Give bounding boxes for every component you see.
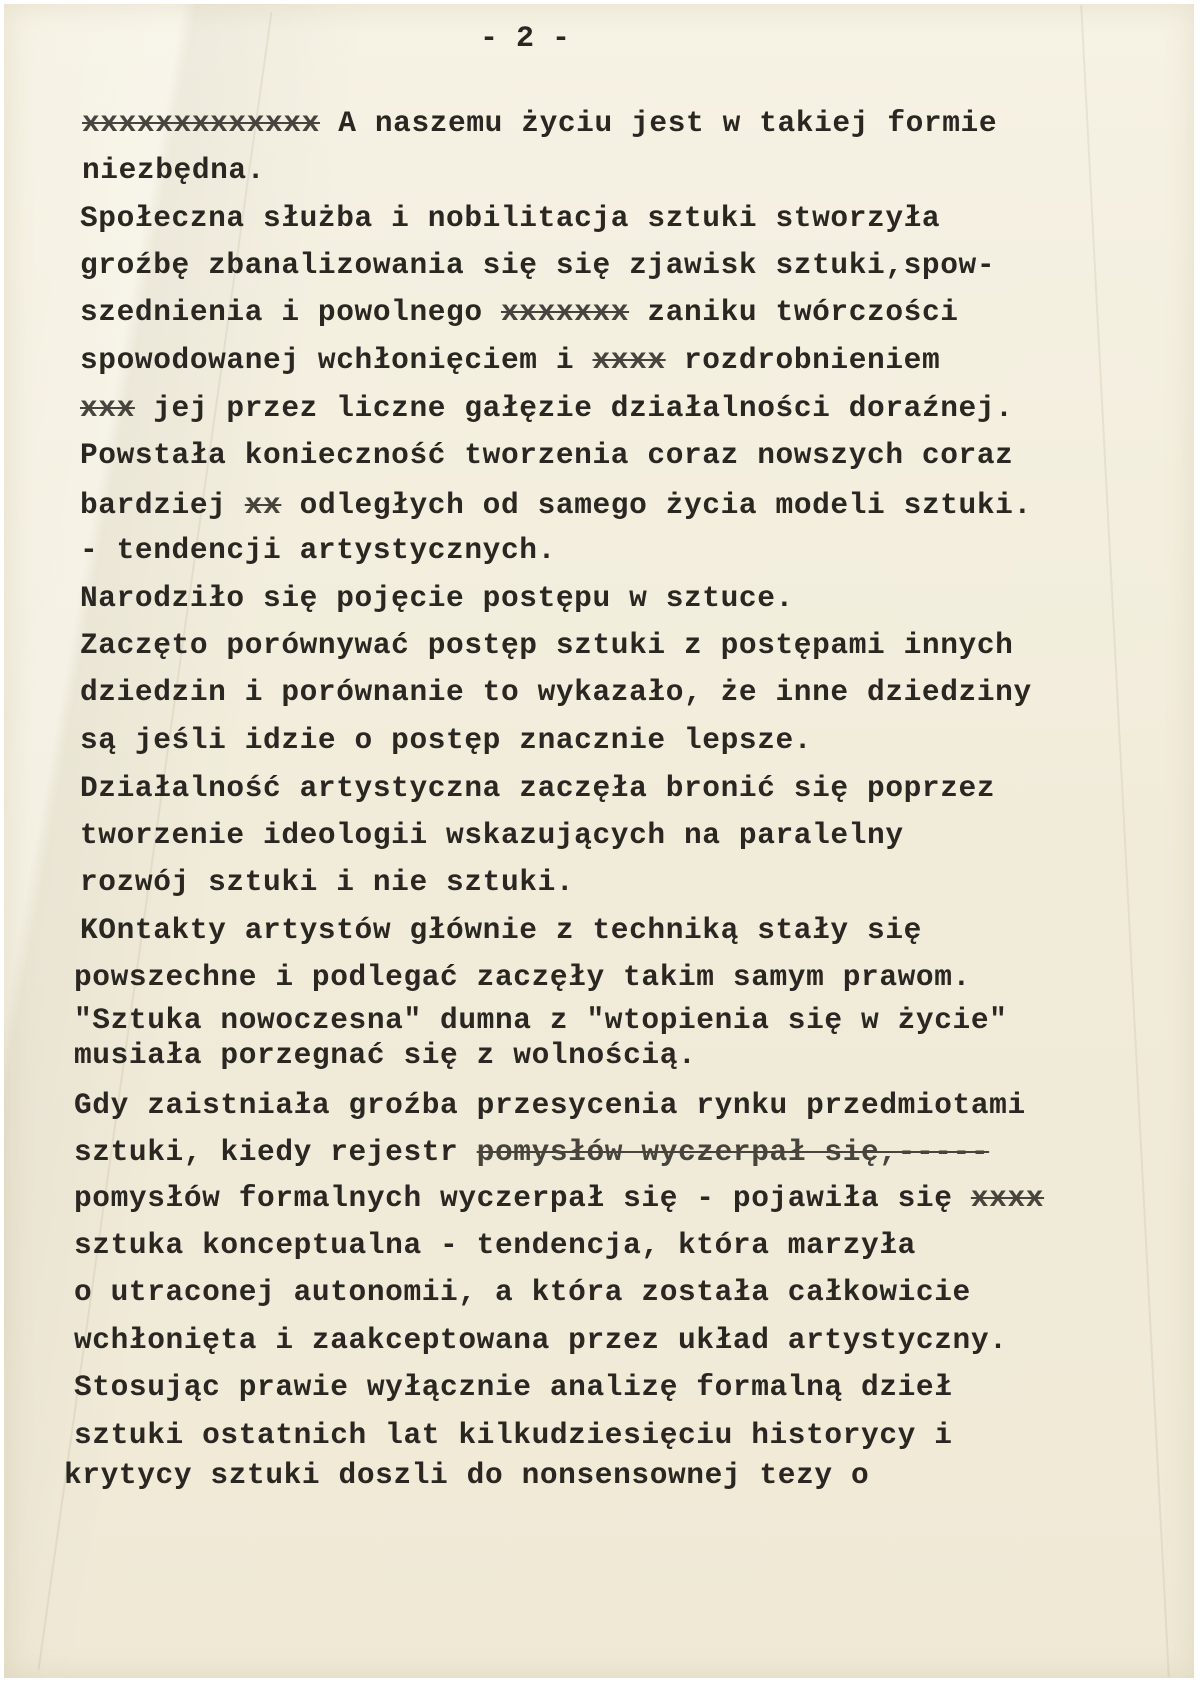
typed-text: spowodowanej wchłonięciem i	[80, 343, 592, 377]
typed-text: Działalność artystyczna zaczęła bronić s…	[80, 771, 995, 805]
text-line: - tendencji artystycznych.	[80, 530, 556, 570]
typed-text: wchłonięta i zaakceptowana przez układ a…	[74, 1323, 1007, 1357]
typed-text: dziedzin i porównanie to wykazało, że in…	[80, 675, 1032, 709]
typed-text: są jeśli idzie o postęp znacznie lepsze.	[80, 723, 812, 757]
text-line: Stosując prawie wyłącznie analizę formal…	[74, 1367, 953, 1407]
text-line: Gdy zaistniała groźba przesycenia rynku …	[74, 1085, 1026, 1125]
struck-out-text: xx	[245, 488, 282, 522]
typed-text: jej przez liczne gałęzie działalności do…	[135, 391, 1014, 425]
struck-out-text: xxxxxxxxxxxxx	[82, 106, 320, 140]
text-line: są jeśli idzie o postęp znacznie lepsze.	[80, 720, 812, 760]
text-line: Narodziło się pojęcie postępu w sztuce.	[80, 578, 794, 618]
text-line: krytycy sztuki doszli do nonsensownej te…	[64, 1455, 869, 1495]
text-line: niezbędna.	[82, 150, 265, 190]
text-line: dziedzin i porównanie to wykazało, że in…	[80, 672, 1032, 712]
typed-text: tworzenie ideologii wskazujących na para…	[80, 818, 904, 852]
typed-text: KOntakty artystów głównie z techniką sta…	[80, 913, 922, 947]
text-line: powszechne i podlegać zaczęły takim samy…	[74, 957, 971, 997]
typed-text: rozwój sztuki i nie sztuki.	[80, 865, 574, 899]
typed-text: zaniku twórczości	[629, 295, 958, 329]
struck-out-text: pomysłów wyczerpał się,-----	[477, 1135, 989, 1169]
typed-text: sztuki ostatnich lat kilkudziesięciu his…	[74, 1418, 953, 1452]
typed-text: odległych od samego życia modeli sztuki.	[281, 488, 1031, 522]
typed-text: bardziej	[80, 488, 245, 522]
struck-out-text: xxxxxxx	[501, 295, 629, 329]
text-line: sztuka konceptualna - tendencja, która m…	[74, 1225, 916, 1265]
text-line: rozwój sztuki i nie sztuki.	[80, 862, 574, 902]
typed-text: sztuki, kiedy rejestr	[74, 1135, 477, 1169]
typed-text: szednienia i powolnego	[80, 295, 501, 329]
typed-text: - tendencji artystycznych.	[80, 533, 556, 567]
typed-text: Stosując prawie wyłącznie analizę formal…	[74, 1370, 953, 1404]
typed-text: Zaczęto porównywać postęp sztuki z postę…	[80, 628, 1013, 662]
typed-text: A naszemu życiu jest w takiej formie	[320, 106, 997, 140]
typed-text: o utraconej autonomii, a która została c…	[74, 1275, 971, 1309]
text-line: sztuki, kiedy rejestr pomysłów wyczerpał…	[74, 1132, 989, 1172]
typed-text: Społeczna służba i nobilitacja sztuki st…	[80, 201, 940, 235]
struck-out-text: xxxx	[971, 1181, 1044, 1215]
typed-text: sztuka konceptualna - tendencja, która m…	[74, 1228, 916, 1262]
typed-text: Narodziło się pojęcie postępu w sztuce.	[80, 581, 794, 615]
typed-text: krytycy sztuki doszli do nonsensownej te…	[64, 1458, 869, 1492]
text-line: Społeczna służba i nobilitacja sztuki st…	[80, 198, 940, 238]
text-line: xxxxxxxxxxxxx A naszemu życiu jest w tak…	[82, 103, 997, 143]
text-line: spowodowanej wchłonięciem i xxxx rozdrob…	[80, 340, 940, 380]
text-line: szednienia i powolnego xxxxxxx zaniku tw…	[80, 292, 959, 332]
struck-out-text: xxxx	[592, 343, 665, 377]
text-line: "Sztuka nowoczesna" dumna z "wtopienia s…	[74, 1000, 1007, 1040]
text-line: bardziej xx odległych od samego życia mo…	[80, 485, 1032, 525]
typed-text: niezbędna.	[82, 153, 265, 187]
text-line: musiała porzegnać się z wolnością.	[74, 1035, 696, 1075]
text-line: sztuki ostatnich lat kilkudziesięciu his…	[74, 1415, 953, 1455]
text-line: Zaczęto porównywać postęp sztuki z postę…	[80, 625, 1013, 665]
typed-text: Powstała konieczność tworzenia coraz now…	[80, 438, 1013, 472]
text-line: groźbę zbanalizowania się się zjawisk sz…	[80, 245, 995, 285]
text-line: KOntakty artystów głównie z techniką sta…	[80, 910, 922, 950]
paper-crease	[1080, 5, 1170, 1677]
text-line: o utraconej autonomii, a która została c…	[74, 1272, 971, 1312]
typed-text: "Sztuka nowoczesna" dumna z "wtopienia s…	[74, 1003, 1007, 1037]
typed-text: musiała porzegnać się z wolnością.	[74, 1038, 696, 1072]
typed-text: powszechne i podlegać zaczęły takim samy…	[74, 960, 971, 994]
page-number: - 2 -	[480, 22, 570, 56]
typed-text: pomysłów formalnych wyczerpał się - poja…	[74, 1181, 971, 1215]
struck-out-text: xxx	[80, 391, 135, 425]
typed-text: Gdy zaistniała groźba przesycenia rynku …	[74, 1088, 1026, 1122]
typed-text: groźbę zbanalizowania się się zjawisk sz…	[80, 248, 995, 282]
text-line: pomysłów formalnych wyczerpał się - poja…	[74, 1178, 1044, 1218]
text-line: Powstała konieczność tworzenia coraz now…	[80, 435, 1013, 475]
text-line: tworzenie ideologii wskazujących na para…	[80, 815, 904, 855]
typed-text: rozdrobnieniem	[666, 343, 941, 377]
text-line: Działalność artystyczna zaczęła bronić s…	[80, 768, 995, 808]
text-line: xxx jej przez liczne gałęzie działalnośc…	[80, 388, 1013, 428]
text-line: wchłonięta i zaakceptowana przez układ a…	[74, 1320, 1007, 1360]
